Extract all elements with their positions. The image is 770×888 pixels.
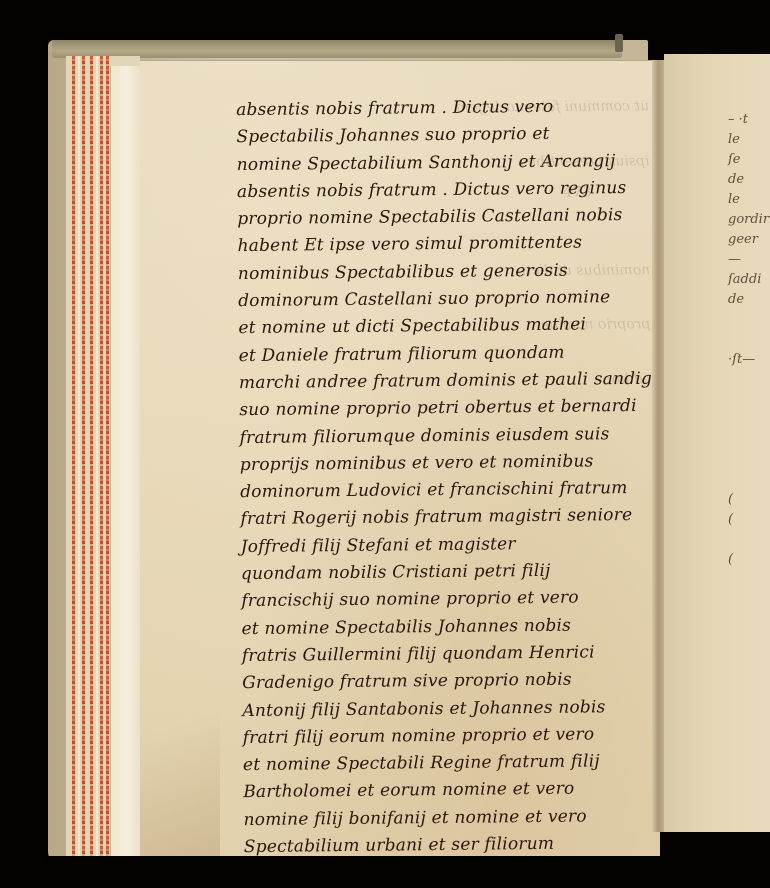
- red-edge-stain: [106, 56, 109, 856]
- manuscript-photo: ut communi fatemur legem ipsius presenti…: [0, 0, 770, 888]
- edge-gap: [96, 56, 98, 856]
- text-line: dominorum Ludovici et francischini fratr…: [240, 475, 640, 506]
- text-line: nomine filij bonifanij et nomine et vero: [243, 803, 643, 834]
- text-line: marchi andree fratrum dominis et pauli s…: [239, 366, 639, 397]
- text-line: Gradenigo fratrum sive proprio nobis: [242, 666, 642, 697]
- red-edge-stain: [90, 56, 93, 856]
- text-line: et Daniele fratrum filiorum quondam: [239, 339, 639, 370]
- text-line: Bartholomei et eorum nomine et vero: [243, 775, 643, 806]
- text-line: Joffredi filij Stefani et magister: [241, 530, 641, 561]
- text-line: quondam nobilis Cristiani petri filij: [241, 557, 641, 588]
- text-line: absentis nobis fratrum . Dictus vero reg…: [237, 175, 637, 206]
- recto-page: – ·t le ſe de le gordiri geer — ſaddi de…: [664, 54, 770, 832]
- red-edge-stain: [82, 56, 85, 856]
- text-line: fratri Rogerij nobis fratrum magistri se…: [240, 502, 640, 533]
- text-line: proprio nomine Spectabilis Castellani no…: [237, 202, 637, 233]
- text-line: proprijs nominibus et vero et nominibus: [240, 448, 640, 479]
- text-line: et nomine ut dicti Spectabilibus mathei: [238, 311, 638, 342]
- flyleaf: [110, 66, 143, 856]
- text-line: absentis nobis fratrum . Dictus vero: [236, 93, 636, 124]
- text-line: francischij suo nomine proprio et vero: [241, 584, 641, 615]
- background-shadow: [48, 856, 770, 888]
- handwritten-text: absentis nobis fratrum . Dictus vero Spe…: [236, 93, 644, 861]
- red-edge-stain: [100, 56, 103, 856]
- text-line: nominibus Spectabilibus et generosis: [238, 257, 638, 288]
- text-line: nomine Spectabilium Santhonij et Arcangi…: [237, 148, 637, 179]
- edge-gap: [78, 56, 80, 856]
- red-edge-stain: [72, 56, 75, 856]
- recto-text-fragments: – ·t le ſe de le gordiri geer — ſaddi de…: [728, 110, 770, 570]
- text-line: habent Et ipse vero simul promittentes: [237, 229, 637, 260]
- text-line: dominorum Castellani suo proprio nomine: [238, 284, 638, 315]
- text-line: fratris Guillermini filij quondam Henric…: [242, 639, 642, 670]
- text-line: fratrum filiorumque dominis eiusdem suis: [239, 420, 639, 451]
- text-line: Spectabilis Johannes suo proprio et: [236, 120, 636, 151]
- binding-clasp: [615, 34, 623, 52]
- text-line: fratri filij eorum nomine proprio et ver…: [243, 721, 643, 752]
- text-line: et nomine Spectabili Regine fratrum fili…: [243, 748, 643, 779]
- text-line: suo nomine proprio petri obertus et bern…: [239, 393, 639, 424]
- corner-stain: [140, 637, 220, 857]
- text-line: Antonij filij Santabonis et Johannes nob…: [242, 693, 642, 724]
- text-line: et nomine Spectabilis Johannes nobis: [241, 612, 641, 643]
